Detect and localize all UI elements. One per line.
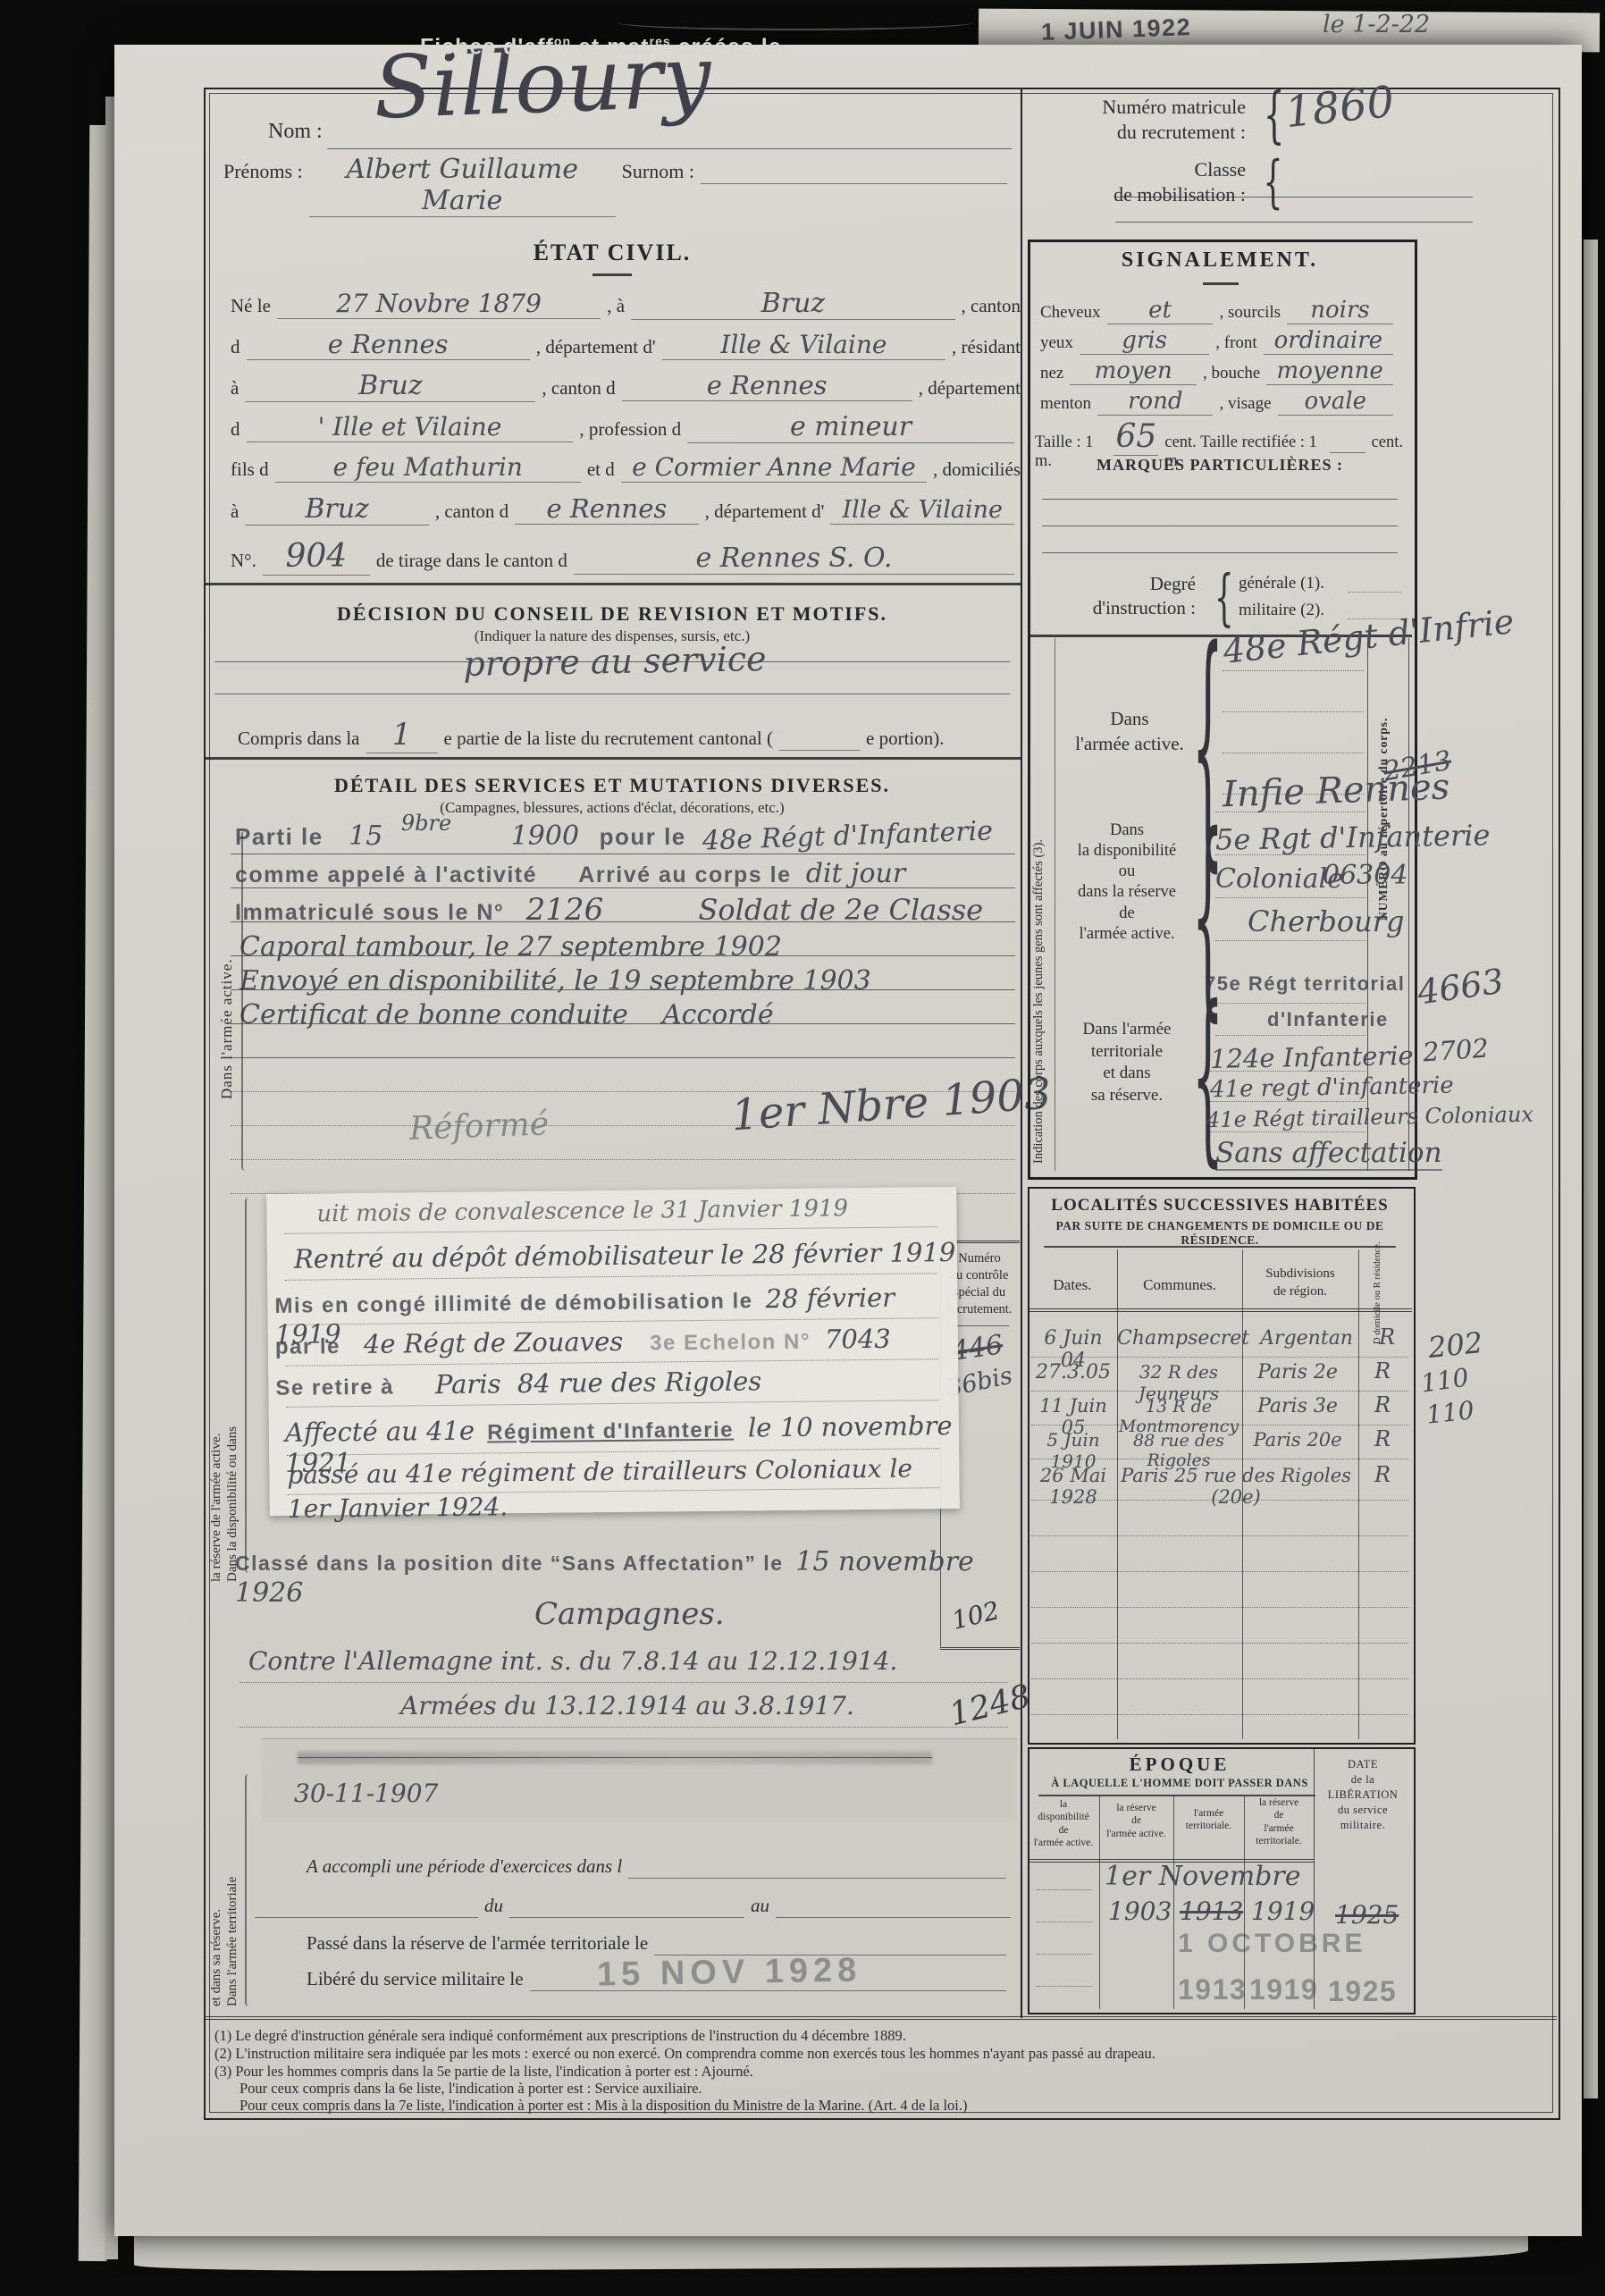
conge-stamp: Mis en congé illimité de démobilisation … bbox=[274, 1289, 752, 1318]
page-edge-right bbox=[1584, 240, 1598, 2098]
epoque-hand-1925: 1925 bbox=[1335, 1900, 1399, 1930]
ne-le-label: Né le bbox=[231, 295, 271, 317]
et-de-label: et d bbox=[587, 458, 615, 481]
localites-col-subdiv: Subdivisions de région. bbox=[1242, 1266, 1358, 1300]
struck-smudge bbox=[298, 1752, 932, 1764]
corps-rule bbox=[1223, 670, 1364, 671]
band-text-1: Fiches d'aff bbox=[420, 34, 554, 59]
a-label-2: à bbox=[231, 377, 239, 399]
dispo-value-2: 5e Rgt d'Infanterie bbox=[1215, 818, 1491, 856]
matricule-corps-value: 2126 bbox=[526, 892, 604, 928]
marques-label: MARQUES PARTICULIÈRES : bbox=[1028, 456, 1412, 475]
taille-cent-label: cent. bbox=[1372, 433, 1403, 452]
yeux-line: yeux gris , front ordinaire bbox=[1040, 327, 1399, 355]
localites-margin-202: 202 bbox=[1426, 1325, 1484, 1365]
appele-activite-stamp: comme appelé à l'activité bbox=[235, 862, 537, 887]
depot-demobilisateur-line: Rentré au dépôt démobilisateur le 28 fév… bbox=[294, 1237, 956, 1274]
section-rule-2 bbox=[204, 757, 1021, 760]
pour-le-stamp: pour le bbox=[600, 823, 686, 850]
father-name-value: e feu Mathurin bbox=[275, 452, 581, 483]
visage-label: , visage bbox=[1219, 394, 1271, 414]
controle-label-rule bbox=[950, 1325, 1009, 1326]
row-dr: R bbox=[1355, 1392, 1410, 1417]
domicile-value: Bruz bbox=[245, 493, 429, 526]
margin-territoriale-1: Dans l'armée territoriale bbox=[225, 1783, 240, 2006]
decision-rule-2 bbox=[214, 694, 1010, 694]
sans-affectation-stamp: Classé dans la position dite “Sans Affec… bbox=[235, 1552, 784, 1575]
instruction-militaire-label: militaire (2). bbox=[1239, 601, 1324, 620]
footnote-1: (1) Le degré d'instruction générale sera… bbox=[214, 2027, 1551, 2045]
slip-rule bbox=[285, 1273, 937, 1281]
service-rule bbox=[231, 1159, 1015, 1160]
terr-value-1: 124e Infanterie bbox=[1210, 1040, 1414, 1074]
birth-date-value: 27 Novbre 1879 bbox=[277, 289, 601, 319]
footnote-3: (3) Pour les hommes compris dans la 5e p… bbox=[214, 2063, 1551, 2081]
fils-de-label: fils d bbox=[231, 458, 269, 481]
date-stamp-1-juin-1922: 1 JUIN 1922 bbox=[1041, 13, 1192, 46]
numero-tirage-label: N°. bbox=[231, 550, 256, 572]
footnote-2: (2) L'instruction militaire sera indiqué… bbox=[214, 2045, 1551, 2063]
residence-value: Bruz bbox=[245, 370, 535, 402]
localites-row-rule bbox=[1031, 1500, 1408, 1501]
profession-label: , profession d bbox=[579, 418, 681, 441]
echelon-number-value: 7043 bbox=[825, 1324, 891, 1355]
unit-blank bbox=[255, 1895, 478, 1918]
epoque-blank-rule bbox=[1037, 1986, 1092, 1987]
prenoms-value: Albert Guillaume Marie bbox=[309, 154, 616, 217]
margin-bracket-2 bbox=[245, 1198, 252, 1573]
instruction-generale-rule bbox=[1348, 592, 1401, 593]
service-line-1: Parti le 15 9bre 1900 pour le 48e Régt d… bbox=[235, 820, 1020, 852]
instruction-label: Degré d'instruction : bbox=[1053, 572, 1196, 621]
footnote-4: Pour ceux compris dans la 6e liste, l'in… bbox=[239, 2080, 1551, 2098]
corps-rule bbox=[1223, 711, 1364, 712]
cheveux-label: Cheveux bbox=[1040, 303, 1101, 323]
localites-row-rule bbox=[1031, 1459, 1408, 1459]
localites-row-rule bbox=[1031, 1357, 1408, 1358]
scanned-register-photo: Fiches d'affon et matres créées le 1 JUI… bbox=[0, 0, 1605, 2296]
compris-label-3: e portion). bbox=[866, 727, 944, 750]
service-line-2: comme appelé à l'activité Arrivé au corp… bbox=[235, 858, 1020, 889]
localites-header-rule bbox=[1028, 1308, 1412, 1312]
front-value: ordinaire bbox=[1264, 327, 1393, 355]
prenoms-line: Prénoms : Albert Guillaume Marie Surnom … bbox=[223, 154, 1013, 217]
regiment-infanterie-stamp: Régiment d'Infanterie bbox=[487, 1418, 734, 1445]
pencil-note: le 1-2-22 bbox=[1323, 11, 1430, 38]
reforme-scrawl: Réformé bbox=[408, 1106, 549, 1147]
armee-active-label: Dans l'armée active. bbox=[1063, 706, 1196, 757]
service-line-4: Caporal tambour, le 27 septembre 1902 bbox=[239, 931, 782, 963]
au-blank bbox=[776, 1895, 1011, 1918]
epoque-stamp-month: 1 OCTOBRE bbox=[1178, 1929, 1366, 1959]
row-commune: Paris 25 rue des Rigoles (20e) bbox=[1117, 1465, 1355, 1508]
dispo-value-4: Cherbourg bbox=[1248, 904, 1404, 938]
etat-civil-line-5: fils d e feu Mathurin et d e Cormier Ann… bbox=[231, 452, 1021, 483]
row-dr: R bbox=[1364, 1325, 1410, 1350]
section-rule-1 bbox=[204, 583, 1021, 585]
corps-left-vline bbox=[1055, 638, 1055, 1171]
mother-name-value: e Cormier Anne Marie bbox=[621, 452, 927, 483]
epoque-col3-header: l'armée territoriale. bbox=[1173, 1807, 1244, 1833]
decision-title: DÉCISION DU CONSEIL DE REVISION ET MOTIF… bbox=[204, 602, 1021, 626]
nez-label: nez bbox=[1040, 364, 1063, 383]
departement-value-3: Ille & Vilaine bbox=[830, 496, 1014, 525]
record-page: Silloury Nom : Prénoms : Albert Guillaum… bbox=[114, 45, 1582, 2236]
etat-civil-title: ÉTAT CIVIL. bbox=[204, 240, 1021, 266]
dispo-rule bbox=[1215, 854, 1366, 855]
nom-underline bbox=[327, 148, 1012, 149]
epoque-blank-rule bbox=[1037, 1954, 1092, 1955]
canton-label-2: , canton d bbox=[542, 377, 615, 399]
bouche-label: , bouche bbox=[1203, 364, 1260, 383]
epoque-col1-header: la disponibilité de l'armée active. bbox=[1028, 1798, 1099, 1850]
au-label: au bbox=[751, 1895, 769, 1917]
terr-stamp-infanterie: d'Infanterie bbox=[1267, 1008, 1389, 1031]
canton-value-2: e Rennes bbox=[622, 370, 912, 401]
services-title: DÉTAIL DES SERVICES ET MUTATIONS DIVERSE… bbox=[204, 774, 1021, 797]
slip-rule bbox=[287, 1400, 939, 1408]
localites-col-communes: Communes. bbox=[1117, 1276, 1242, 1294]
birth-place-value: Bruz bbox=[631, 288, 954, 320]
par-le-stamp: par le bbox=[275, 1334, 340, 1359]
classement-line: Classé dans la position dite “Sans Affec… bbox=[235, 1546, 1021, 1609]
exercices-label: A accompli une période d'exercices dans … bbox=[307, 1855, 622, 1878]
epoque-hand-1903: 1903 bbox=[1108, 1897, 1172, 1926]
row-date: 27.3.05 bbox=[1029, 1361, 1117, 1383]
row-subdiv: Paris 2e bbox=[1240, 1361, 1355, 1383]
instruction-generale-label: générale (1). bbox=[1239, 574, 1324, 593]
departement-value-2: ' Ille et Vilaine bbox=[247, 412, 574, 442]
yeux-value: gris bbox=[1080, 327, 1209, 355]
localites-row-rule bbox=[1031, 1643, 1408, 1644]
service-line-6: Certificat de bonne conduite Accordé bbox=[239, 999, 774, 1030]
epoque-title: ÉPOQUE bbox=[1028, 1754, 1332, 1776]
epoque-col2-header: la réserve de l'armée active. bbox=[1099, 1802, 1173, 1840]
service-line-3: Immatriculé sous le N° 2126 Soldat de 2e… bbox=[235, 892, 1020, 928]
profession-value: e mineur bbox=[687, 411, 1014, 443]
exercices-blank bbox=[628, 1855, 1006, 1879]
compris-label-1: Compris dans la bbox=[238, 727, 360, 750]
service-rule bbox=[231, 1057, 1015, 1058]
immatricule-stamp: Immatriculé sous le N° bbox=[235, 900, 504, 925]
band-sup-1: on bbox=[554, 34, 571, 48]
localites-row-rule bbox=[1031, 1607, 1408, 1608]
visage-value: ovale bbox=[1278, 388, 1393, 416]
campagne-rule-1 bbox=[239, 1682, 1008, 1683]
front-label: , front bbox=[1215, 333, 1256, 353]
pencil-scrawl bbox=[617, 14, 974, 30]
signalement-title: SIGNALEMENT. bbox=[1028, 248, 1412, 273]
depart-day-value: 15 bbox=[349, 820, 382, 852]
convalescence-line: uit mois de convalescence le 31 Janvier … bbox=[316, 1195, 848, 1227]
row-dr: R bbox=[1355, 1358, 1410, 1383]
departement-label: , département d' bbox=[536, 336, 656, 358]
marques-rule bbox=[1042, 526, 1398, 526]
margin-dispo-1: Dans la disponibilité ou dans bbox=[225, 1207, 240, 1582]
dispo-rule bbox=[1215, 897, 1366, 898]
terr-rule bbox=[1215, 1035, 1366, 1036]
localites-row-rule bbox=[1031, 1571, 1408, 1572]
surnom-label: Surnom : bbox=[622, 160, 694, 183]
domicilies-label: , domiciliés bbox=[933, 458, 1021, 481]
bouche-value: moyenne bbox=[1266, 357, 1393, 385]
epoque-stamp-1913: 1913 bbox=[1178, 1973, 1247, 2006]
localites-margin-110b: 110 bbox=[1424, 1395, 1475, 1429]
cheveux-line: Cheveux et , sourcils noirs bbox=[1040, 297, 1399, 324]
menton-line: menton rond , visage ovale bbox=[1040, 388, 1399, 416]
a-label: , à bbox=[607, 295, 625, 317]
localites-row-rule bbox=[1031, 1535, 1408, 1536]
slip-rule bbox=[285, 1226, 937, 1234]
demobilization-slip: uit mois de convalescence le 31 Janvier … bbox=[266, 1187, 960, 1516]
d-label: d bbox=[231, 336, 240, 358]
regiment-value: 48e Régt d'Infanterie bbox=[702, 815, 994, 856]
epoque-hand-1919: 1919 bbox=[1251, 1897, 1315, 1926]
etat-civil-dash bbox=[592, 273, 632, 276]
services-subtitle: (Campagnes, blessures, actions d'éclat, … bbox=[204, 799, 1021, 817]
libere-date-stamp: 15 NOV 1928 bbox=[597, 1951, 862, 1994]
menton-label: menton bbox=[1040, 394, 1091, 414]
margin-dispo-2: la réserve de l'armée active. bbox=[209, 1207, 224, 1582]
marques-rule bbox=[1042, 552, 1398, 553]
territoriale-label: Dans l'armée territoriale et dans sa rés… bbox=[1060, 1019, 1194, 1107]
footnote-separator bbox=[204, 2016, 1557, 2020]
localites-row-rule bbox=[1031, 1714, 1408, 1715]
depart-year-value: 1900 bbox=[511, 820, 579, 852]
se-retire-line: Se retire à Paris 84 rue des Rigoles bbox=[275, 1364, 954, 1401]
tirailleurs-line: passé au 41e régiment de tirailleurs Col… bbox=[287, 1454, 912, 1490]
dispo-rule bbox=[1215, 940, 1366, 941]
canton-label: , canton bbox=[962, 295, 1021, 317]
etat-civil-line-1: Né le 27 Novbre 1879 , à Bruz , canton bbox=[231, 288, 1021, 320]
column-divider bbox=[1021, 88, 1022, 2018]
classe-rule bbox=[1115, 222, 1473, 223]
etat-civil-line-3: à Bruz , canton d e Rennes , département bbox=[231, 370, 1021, 402]
row-dr: R bbox=[1355, 1462, 1410, 1487]
canton-label-3: , canton d bbox=[435, 500, 508, 523]
localites-title: LOCALITÉS SUCCESSIVES HABITÉES bbox=[1028, 1196, 1412, 1215]
par-le-line: par le 4e Régt de Zouaves 3e Echelon N° … bbox=[275, 1323, 954, 1360]
prenoms-label: Prénoms : bbox=[223, 160, 303, 183]
nez-value: moyen bbox=[1070, 357, 1197, 385]
se-retire-stamp: Se retire à bbox=[275, 1375, 394, 1400]
compris-label-2: e partie de la liste du recrutement cant… bbox=[444, 727, 774, 750]
band-text-2: et mat bbox=[571, 34, 650, 59]
band-sup-2: res bbox=[650, 34, 671, 48]
tirage-line: N°. 904 de tirage dans le canton d e Ren… bbox=[231, 538, 1021, 576]
portion-blank bbox=[779, 727, 860, 751]
band-text-3: créées le bbox=[671, 34, 782, 59]
corps-left-vertical-label: Indication des corps auxquels les jeunes… bbox=[1031, 645, 1046, 1164]
top-band-stamp: Fiches d'affon et matres créées le bbox=[420, 34, 782, 60]
row-subdiv: Paris 20e bbox=[1240, 1429, 1355, 1451]
matricule-brace: { bbox=[1264, 85, 1285, 146]
canton-value: e Rennes bbox=[247, 329, 530, 360]
campagne-line-1: Contre l'Allemagne int. s. du 7.8.14 au … bbox=[248, 1646, 897, 1676]
taille-rectifiee-blank bbox=[1330, 433, 1366, 453]
etat-civil-line-2: d e Rennes , département d' Ille & Vilai… bbox=[231, 329, 1021, 360]
row-dr: R bbox=[1355, 1426, 1410, 1451]
compris-partie-value: 1 bbox=[366, 717, 438, 753]
etat-civil-line-6: à Bruz , canton d e Rennes , département… bbox=[231, 493, 1021, 526]
epoque-date-header: DATE de la LIBÉRATION du service militai… bbox=[1314, 1757, 1412, 1832]
localites-row-rule bbox=[1031, 1425, 1408, 1426]
epoque-hand-1913: 1913 bbox=[1180, 1897, 1243, 1926]
numero-tirage-value: 904 bbox=[263, 538, 370, 576]
classe-label: Classe de mobilisation : bbox=[1044, 157, 1246, 206]
du-au-line: du au bbox=[248, 1895, 1017, 1918]
affecte-value-1: Affecté au 41e bbox=[285, 1416, 475, 1448]
service-line-5: Envoyé en disponibilité, le 19 septembre… bbox=[239, 965, 871, 997]
dispo-value-1: Infie Rennes bbox=[1222, 767, 1450, 816]
compris-line: Compris dans la 1 e partie de la liste d… bbox=[238, 717, 1015, 753]
epoque-blank-rule bbox=[1037, 1922, 1092, 1922]
departement-value: Ille & Vilaine bbox=[662, 330, 945, 360]
terr-stamp-75e: 75e Régt territorial bbox=[1205, 972, 1405, 996]
depart-month-value: 9bre bbox=[401, 811, 451, 836]
tirailleurs-date-line: 1er Janvier 1924. bbox=[288, 1492, 508, 1524]
exercices-line: A accompli une période d'exercices dans … bbox=[307, 1855, 1013, 1879]
campagne-rule-2 bbox=[239, 1727, 1008, 1728]
disponibilite-label: Dans la disponibilité ou dans la réserve… bbox=[1060, 820, 1194, 945]
row-subdiv: Argentan bbox=[1249, 1327, 1364, 1350]
arrive-corps-stamp: Arrivé au corps le bbox=[578, 862, 791, 887]
yeux-label: yeux bbox=[1040, 333, 1073, 353]
menton-value: rond bbox=[1097, 388, 1213, 416]
marques-rule bbox=[1042, 499, 1398, 500]
localites-col-dates: Dates. bbox=[1028, 1276, 1117, 1294]
terr-rule bbox=[1215, 1003, 1366, 1004]
corps-rule bbox=[1223, 753, 1364, 753]
nez-line: nez moyen , bouche moyenne bbox=[1040, 357, 1399, 385]
grade-soldat-value: Soldat de 2e Classe bbox=[698, 893, 983, 927]
dit-jour-value: dit jour bbox=[806, 858, 905, 889]
epoque-stamp-1919: 1919 bbox=[1249, 1973, 1318, 2006]
terr-rule bbox=[1210, 1101, 1366, 1102]
row-date: 26 Mai 1928 bbox=[1029, 1465, 1117, 1508]
service-rule bbox=[231, 854, 1015, 854]
localites-row: 26 Mai 1928 Paris 25 rue des Rigoles (20… bbox=[1029, 1462, 1410, 1508]
departement-label-3: , département d' bbox=[705, 500, 825, 523]
taille-value: 65 bbox=[1113, 418, 1158, 456]
footnote-5: Pour ceux compris dans la 7e liste, l'in… bbox=[239, 2097, 1551, 2115]
tirage-canton-value: e Rennes S. O. bbox=[574, 542, 1014, 575]
campagne-line-2: Armées du 13.12.1914 au 3.8.1917. bbox=[400, 1691, 854, 1720]
libere-label: Libéré du service militaire le bbox=[307, 1968, 524, 1990]
margin-territoriale-2: et dans sa réserve. bbox=[209, 1783, 224, 2006]
terr-rule bbox=[1210, 1071, 1366, 1072]
epoque-blank-rule bbox=[1037, 1889, 1092, 1890]
zouaves-value: 4e Régt de Zouaves bbox=[364, 1326, 624, 1359]
note-30-11-1907: 30-11-1907 bbox=[294, 1779, 438, 1808]
terr-value-4: Sans affectation bbox=[1215, 1137, 1442, 1171]
surnom-blank bbox=[701, 160, 1007, 184]
margin-number-2702: 2702 bbox=[1422, 1032, 1490, 1067]
row-subdiv: Paris 3e bbox=[1240, 1395, 1355, 1417]
passe-reserve-line: Passé dans la réserve de l'armée territo… bbox=[307, 1932, 1013, 1955]
margin-armee-active: Dans l'armée active. bbox=[218, 867, 236, 1099]
passe-reserve-label: Passé dans la réserve de l'armée territo… bbox=[307, 1932, 648, 1955]
etat-civil-line-4: d ' Ille et Vilaine , profession d e min… bbox=[231, 411, 1021, 443]
sourcils-value: noirs bbox=[1287, 297, 1393, 324]
tirage-text: de tirage dans le canton d bbox=[376, 550, 567, 572]
dispo-value-3b: 06304 bbox=[1323, 860, 1408, 891]
nom-label: Nom : bbox=[268, 120, 323, 144]
retire-address-value: Paris 84 rue des Rigoles bbox=[435, 1366, 762, 1400]
resident-label: , résidant bbox=[952, 336, 1021, 358]
canton-value-3: e Rennes bbox=[515, 493, 699, 525]
row-commune: Champsecret bbox=[1117, 1327, 1249, 1350]
du-label: du bbox=[484, 1895, 503, 1917]
matricule-label: Numéro matricule du recrutement : bbox=[1044, 95, 1246, 144]
localites-row-rule bbox=[1031, 1678, 1408, 1679]
sourcils-label: , sourcils bbox=[1219, 303, 1281, 323]
classe-brace: { bbox=[1263, 153, 1282, 210]
signalement-dash bbox=[1203, 282, 1239, 285]
smudge-strike bbox=[298, 1757, 932, 1758]
echelon-stamp: 3e Echelon N° bbox=[650, 1330, 811, 1356]
margin-bracket-1 bbox=[241, 831, 248, 1171]
departement-label-2: , département bbox=[919, 377, 1021, 399]
du-blank bbox=[509, 1895, 744, 1918]
d-label-2: d bbox=[231, 418, 240, 441]
epoque-hand-month: 1er Novembre bbox=[1105, 1861, 1300, 1892]
localites-row-rule bbox=[1031, 1391, 1408, 1392]
epoque-stamp-1925: 1925 bbox=[1328, 1975, 1397, 2008]
terr-value-2: 41e regt d'infanterie bbox=[1210, 1072, 1454, 1104]
epoque-col4-header: la réserve de l'armée territoriale. bbox=[1244, 1796, 1314, 1848]
cheveux-value: et bbox=[1107, 297, 1214, 324]
a-label-3: à bbox=[231, 500, 239, 523]
faint-slip-band: 30-11-1907 bbox=[262, 1738, 1017, 1821]
margin-bracket-3 bbox=[245, 1774, 252, 2006]
